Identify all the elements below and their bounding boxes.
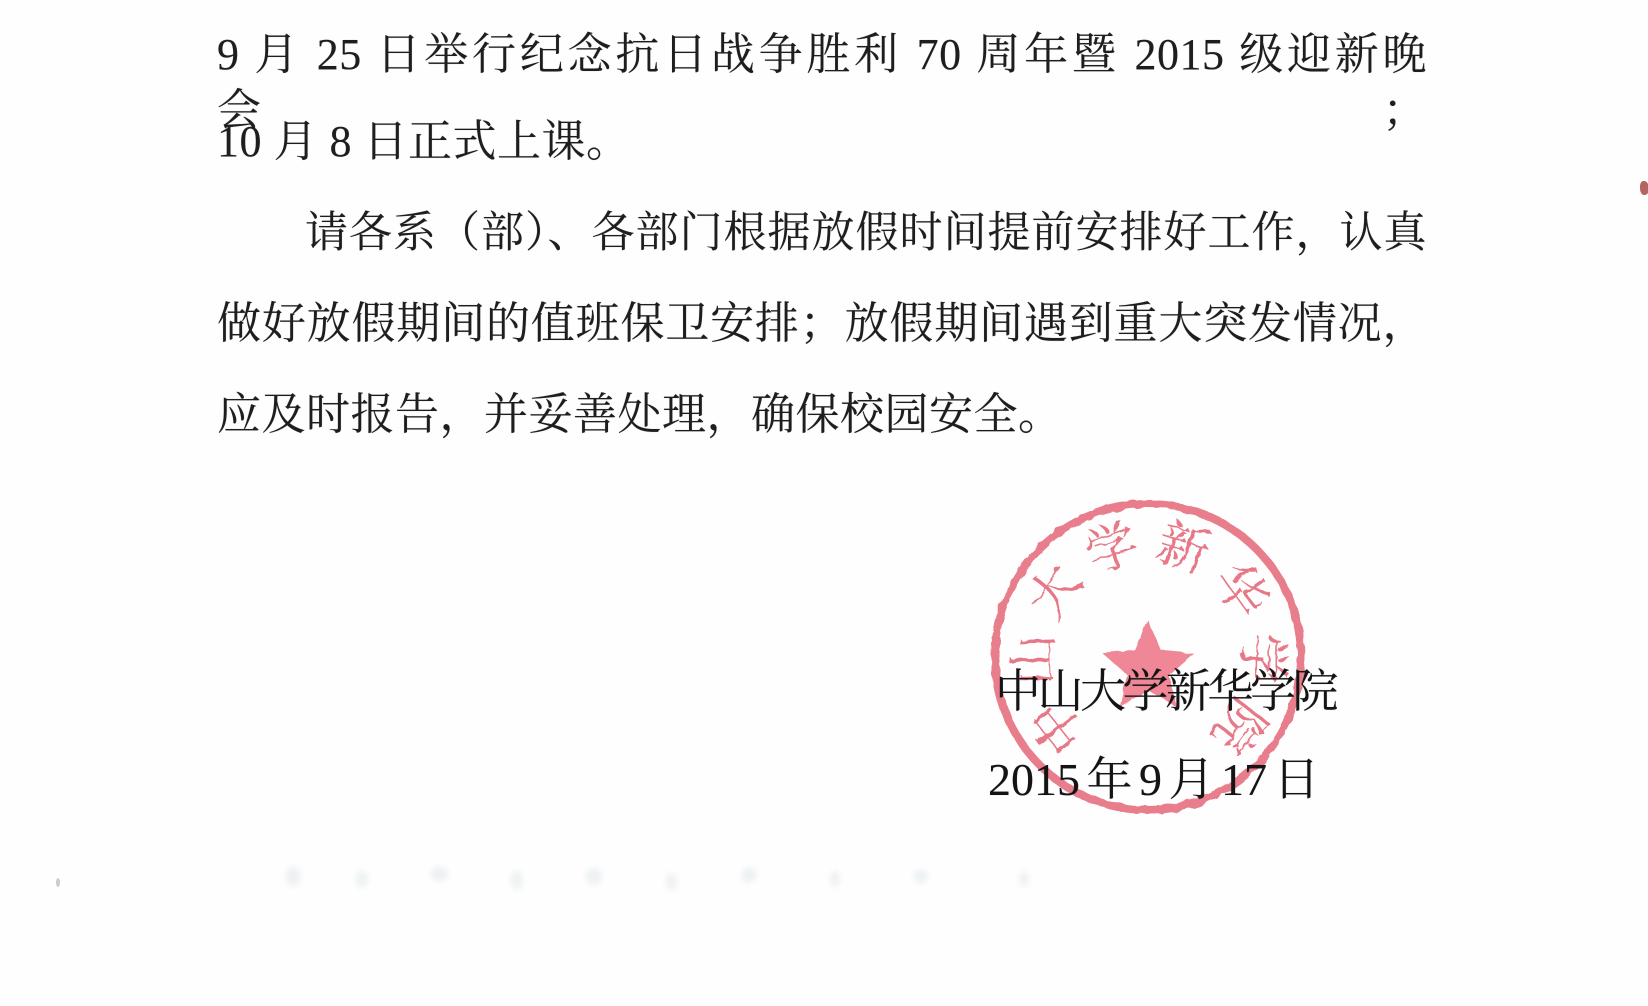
body-text-line-5: 应及时报告，并妥善处理，确保校园安全。 xyxy=(217,387,1427,445)
issue-date: 2015 年 9 月 17 日 xyxy=(988,755,1320,806)
red-edge-speck xyxy=(1640,181,1648,195)
gray-speck xyxy=(56,878,60,887)
body-text-line-4: 做好放假期间的值班保卫安排；放假期间遇到重大突发情况， xyxy=(217,296,1427,354)
body-text-line-1: 9 月 25 日举行纪念抗日战争胜利 70 周年暨 2015 级迎新晚会； xyxy=(217,27,1427,85)
seal-char: 新 xyxy=(1149,514,1216,584)
scanned-document-page: 9 月 25 日举行纪念抗日战争胜利 70 周年暨 2015 级迎新晚会； 10… xyxy=(0,0,1648,1006)
body-text-line-2: 10 月 8 日正式上课。 xyxy=(217,114,1427,172)
seal-char: 学 xyxy=(1078,515,1145,586)
issuer-signature: 中山大学新华学院 xyxy=(995,667,1335,718)
body-text-line-3: 请各系（部）、各部门根据放假时间提前安排好工作，认真 xyxy=(217,206,1427,264)
